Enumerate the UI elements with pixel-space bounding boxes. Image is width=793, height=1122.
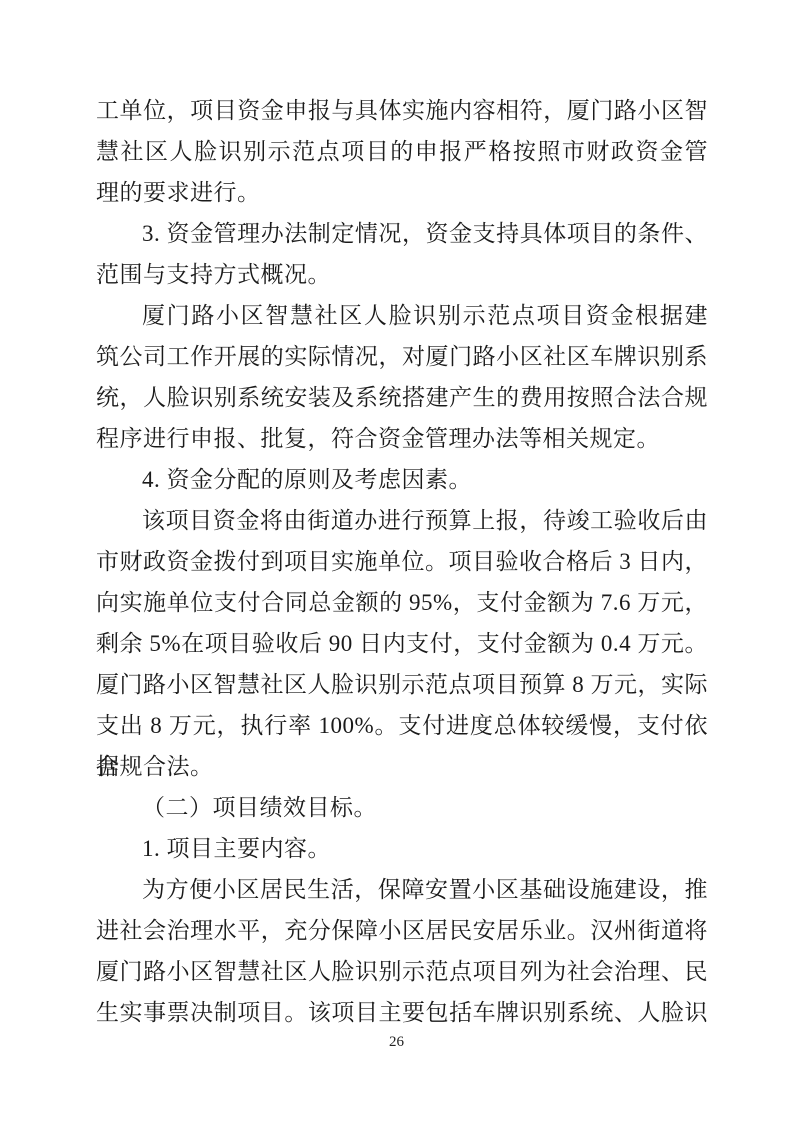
text-line: 合规合法。: [96, 746, 708, 787]
page-number: 26: [0, 1034, 793, 1051]
text-line: 该项目资金将由街道办进行预算上报，待竣工验收后由: [96, 500, 708, 541]
text-line: （二）项目绩效目标。: [96, 787, 708, 828]
text-line: 支出 8 万元，执行率 100%。支付进度总体较缓慢，支付依据: [96, 705, 708, 746]
text-line: 3. 资金管理办法制定情况，资金支持具体项目的条件、: [96, 213, 708, 254]
text-line: 1. 项目主要内容。: [96, 828, 708, 869]
text-block: 工单位，项目资金申报与具体实施内容相符，厦门路小区智慧社区人脸识别示范点项目的申…: [96, 90, 708, 1033]
text-line: 4. 资金分配的原则及考虑因素。: [96, 459, 708, 500]
text-line: 慧社区人脸识别示范点项目的申报严格按照市财政资金管: [96, 131, 708, 172]
text-line: 厦门路小区智慧社区人脸识别示范点项目预算 8 万元，实际: [96, 664, 708, 705]
text-line: 剩余 5%在项目验收后 90 日内支付，支付金额为 0.4 万元。: [96, 623, 708, 664]
text-line: 进社会治理水平，充分保障小区居民安居乐业。汉州街道将: [96, 910, 708, 951]
text-line: 程序进行申报、批复，符合资金管理办法等相关规定。: [96, 418, 708, 459]
text-line: 向实施单位支付合同总金额的 95%，支付金额为 7.6 万元，: [96, 582, 708, 623]
text-line: 厦门路小区智慧社区人脸识别示范点项目列为社会治理、民: [96, 951, 708, 992]
text-line: 统，人脸识别系统安装及系统搭建产生的费用按照合法合规: [96, 377, 708, 418]
text-line: 市财政资金拨付到项目实施单位。项目验收合格后 3 日内，: [96, 541, 708, 582]
text-line: 范围与支持方式概况。: [96, 254, 708, 295]
text-line: 为方便小区居民生活，保障安置小区基础设施建设，推: [96, 869, 708, 910]
text-line: 厦门路小区智慧社区人脸识别示范点项目资金根据建: [96, 295, 708, 336]
text-line: 筑公司工作开展的实际情况，对厦门路小区社区车牌识别系: [96, 336, 708, 377]
text-line: 理的要求进行。: [96, 172, 708, 213]
document-page: 工单位，项目资金申报与具体实施内容相符，厦门路小区智慧社区人脸识别示范点项目的申…: [0, 0, 793, 1122]
text-line: 生实事票决制项目。该项目主要包括车牌识别系统、人脸识: [96, 992, 708, 1033]
text-line: 工单位，项目资金申报与具体实施内容相符，厦门路小区智: [96, 90, 708, 131]
